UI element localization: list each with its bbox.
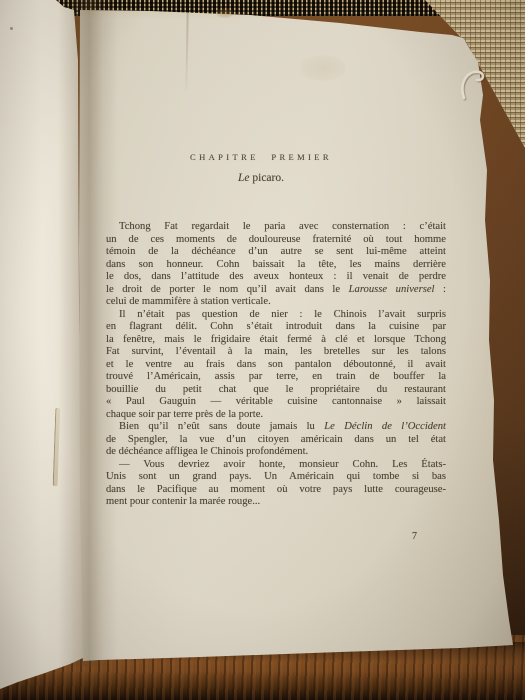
text-line: et le ventre au frais dans son pantalon … <box>106 359 446 372</box>
subtitle-italic-part: Le <box>238 172 250 184</box>
body-text: Tchong Fat regardait le paria avec const… <box>106 221 446 509</box>
text-line: en flagrant délit. Cohn s’était introdui… <box>106 321 446 334</box>
paper-speck <box>10 27 13 30</box>
book-photo: CHAPITRE PREMIER Le picaro. Tchong Fat r… <box>0 0 525 700</box>
paper-curl <box>456 66 490 104</box>
text-line: le droit de porter le nom qu’il avait da… <box>106 284 446 297</box>
text-line: — Vous devriez avoir honte, monsieur Coh… <box>106 459 446 472</box>
page-number: 7 <box>412 531 417 542</box>
printed-text-block: CHAPITRE PREMIER Le picaro. Tchong Fat r… <box>106 150 446 570</box>
text-line: chaque soir par terre près de la porte. <box>106 409 446 422</box>
text-line: Bien qu’il n’eût sans doute jamais lu Le… <box>106 421 446 434</box>
text-line: bouillie du petit chat que le propriétai… <box>106 384 446 397</box>
text-line: dans le Pacifique au moment où votre pay… <box>106 484 446 497</box>
chapter-subtitle: Le picaro. <box>91 172 431 184</box>
paper-stain <box>216 8 234 18</box>
text-line: de déchéance affligea le Chinois profond… <box>106 446 446 459</box>
text-line: Unis sont un grand pays. Un Américain qu… <box>106 471 446 484</box>
text-line: témoin de la déchéance d’un autre se sen… <box>106 246 446 259</box>
paper-stain <box>300 55 346 81</box>
text-line: le dos, dans l’attitude des aveux honteu… <box>106 271 446 284</box>
text-line: la fenêtre, mais le frigidaire était fer… <box>106 334 446 347</box>
text-line: Tchong Fat regardait le paria avec const… <box>106 221 446 234</box>
text-line: dans son honneur. Cohn baissait la tête,… <box>106 259 446 272</box>
text-line: Il n’était pas question de nier : le Chi… <box>106 309 446 322</box>
text-line: celui de mammifère à station verticale. <box>106 296 446 309</box>
text-line: trouvé l’Américain, assis par terre, en … <box>106 371 446 384</box>
text-line: de Spengler, la vue d’un citoyen américa… <box>106 434 446 447</box>
text-line: ment pour contenir la marée rouge... <box>106 496 446 509</box>
chapter-heading: CHAPITRE PREMIER <box>91 152 431 162</box>
text-line: Fat survint, l’éventail à la main, les b… <box>106 346 446 359</box>
subtitle-roman-part: picaro. <box>250 172 284 184</box>
text-line: un de ces moments de douloureuse fratern… <box>106 234 446 247</box>
text-line: « Paul Gauguin — véritable cuisine canto… <box>106 396 446 409</box>
